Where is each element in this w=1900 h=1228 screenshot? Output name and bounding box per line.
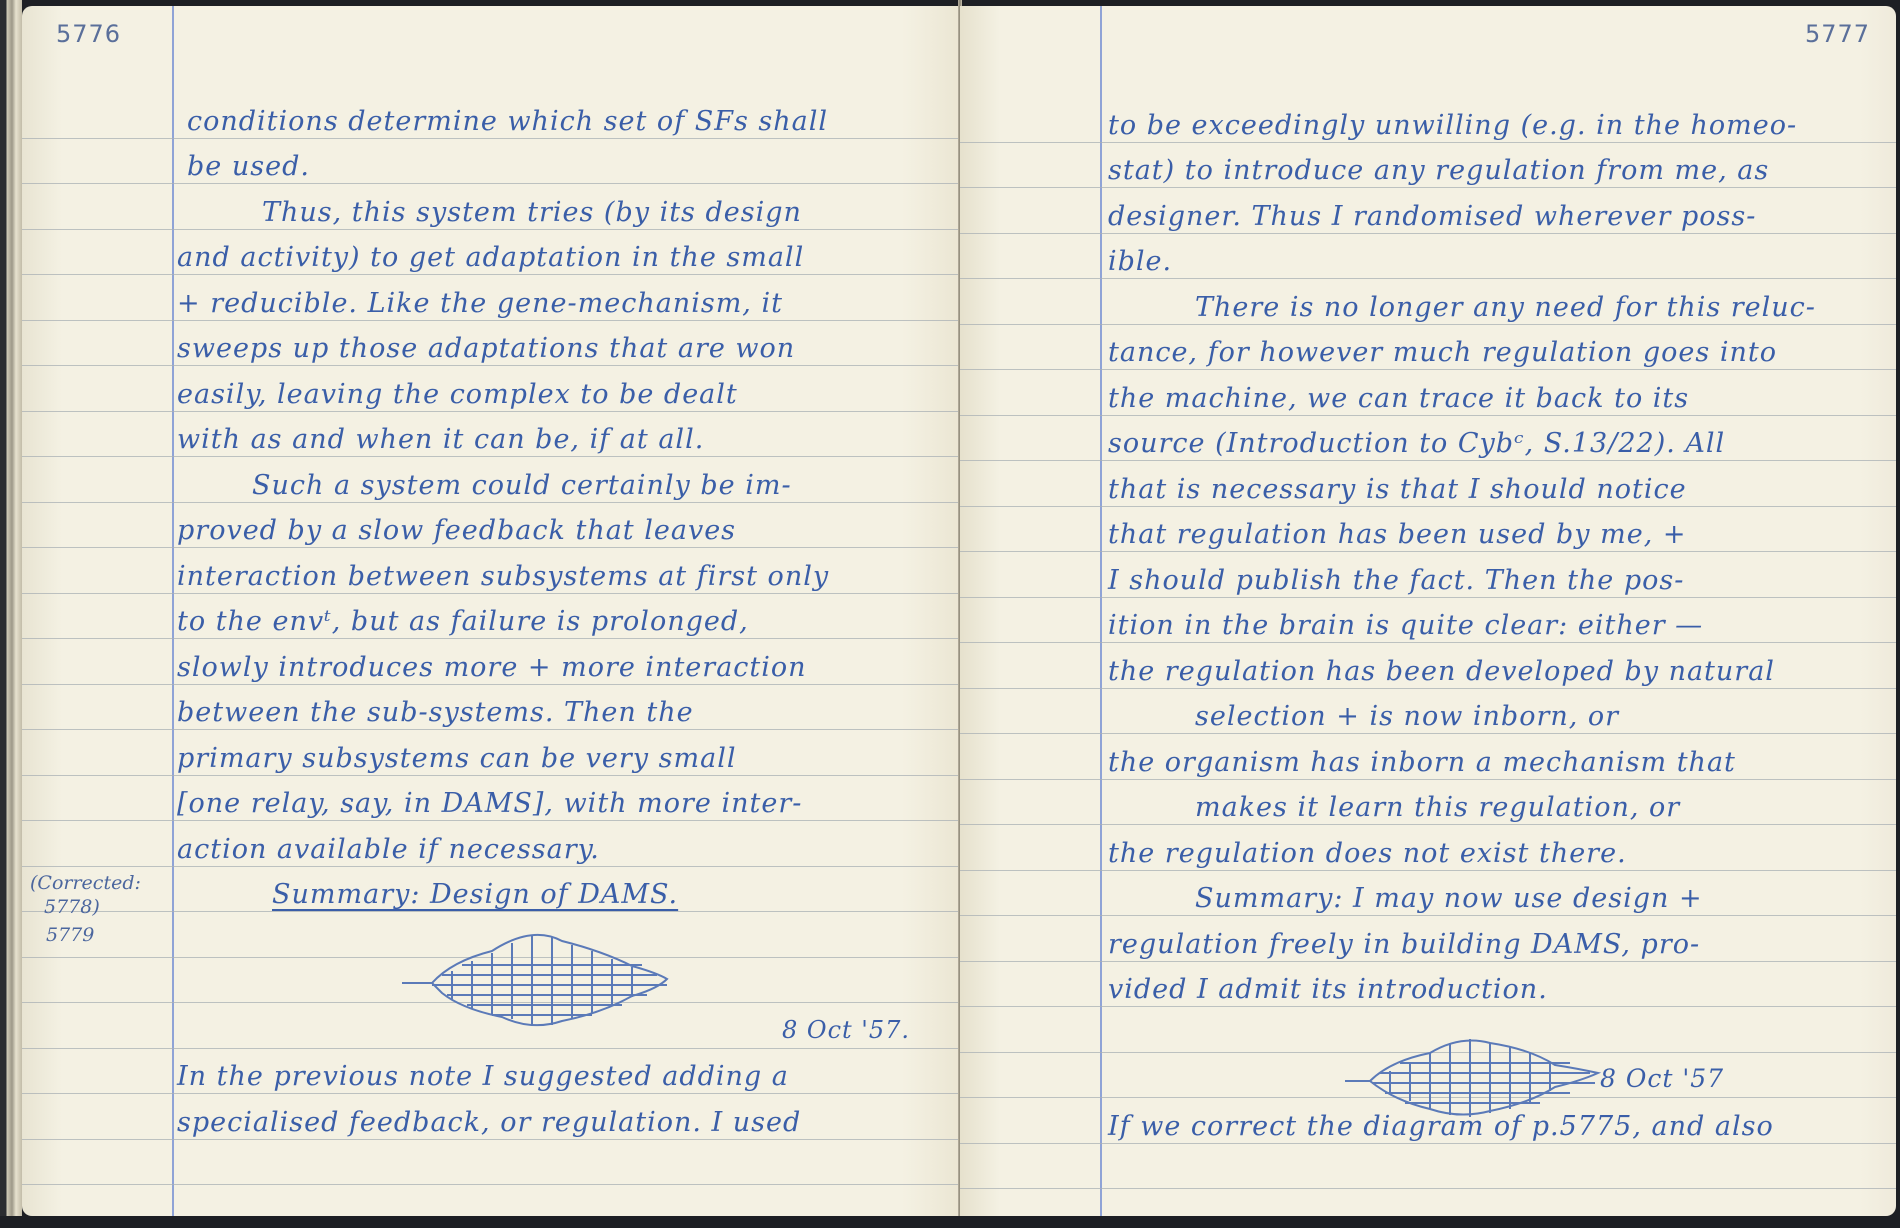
text-line: between the sub-systems. Then the bbox=[177, 697, 694, 728]
text-line: the organism has inborn a mechanism that bbox=[1108, 747, 1736, 778]
rule-line bbox=[22, 866, 960, 867]
text-line: slowly introduces more + more interactio… bbox=[177, 652, 807, 683]
rule-line bbox=[22, 183, 960, 184]
text-line: makes it learn this regulation, or bbox=[1195, 792, 1680, 823]
rule-line bbox=[22, 138, 960, 139]
rule-line bbox=[960, 779, 1896, 780]
margin-note-corrected: 5778) bbox=[44, 896, 100, 918]
text-line: the regulation has been developed by nat… bbox=[1108, 656, 1775, 687]
rule-line bbox=[960, 233, 1896, 234]
text-line: tance, for however much regulation goes … bbox=[1108, 337, 1777, 368]
rule-line bbox=[960, 1006, 1896, 1007]
rule-line bbox=[22, 365, 960, 366]
rule-line bbox=[960, 733, 1896, 734]
page-number: 5777 bbox=[1805, 20, 1870, 48]
text-line: Thus, this system tries (by its design bbox=[262, 197, 802, 228]
summary-line: Summary: I may now use design + bbox=[1195, 883, 1703, 914]
rule-line bbox=[22, 684, 960, 685]
rule-line bbox=[960, 915, 1896, 916]
text-line: that regulation has been used by me, + bbox=[1108, 519, 1687, 550]
rule-line bbox=[22, 274, 960, 275]
date: 8 Oct '57. bbox=[782, 1016, 910, 1044]
text-line: [one relay, say, in DAMS], with more int… bbox=[177, 788, 802, 819]
date: 8 Oct '57 bbox=[1600, 1064, 1724, 1093]
text-line: action available if necessary. bbox=[177, 834, 600, 865]
rule-line bbox=[960, 1143, 1896, 1144]
rule-line bbox=[22, 1093, 960, 1094]
text-line: regulation freely in building DAMS, pro- bbox=[1108, 929, 1700, 960]
rule-line bbox=[960, 688, 1896, 689]
rule-line bbox=[960, 187, 1896, 188]
text-line: source (Introduction to Cybᶜ, S.13/22). … bbox=[1108, 428, 1725, 459]
text-line: conditions determine which set of SFs sh… bbox=[187, 106, 828, 137]
text-line: to be exceedingly unwilling (e.g. in the… bbox=[1108, 110, 1797, 141]
text-line: specialised feedback, or regulation. I u… bbox=[177, 1107, 801, 1138]
notebook-left-edge bbox=[0, 0, 22, 1228]
rule-line bbox=[22, 820, 960, 821]
left-page: 5776 conditions determine which set of S… bbox=[22, 6, 960, 1216]
rule-line bbox=[22, 729, 960, 730]
rule-line bbox=[960, 415, 1896, 416]
text-line: and activity) to get adaptation in the s… bbox=[177, 242, 804, 273]
text-line: interaction between subsystems at first … bbox=[177, 561, 829, 592]
margin-line bbox=[172, 6, 174, 1216]
text-line: easily, leaving the complex to be dealt bbox=[177, 379, 738, 410]
rule-line bbox=[960, 506, 1896, 507]
rule-line bbox=[960, 642, 1896, 643]
text-line: ition in the brain is quite clear: eithe… bbox=[1108, 610, 1703, 641]
rule-line bbox=[960, 551, 1896, 552]
text-line: sweeps up those adaptations that are won bbox=[177, 333, 795, 364]
text-line: ible. bbox=[1108, 246, 1172, 277]
rule-line bbox=[960, 324, 1896, 325]
rule-line bbox=[22, 1184, 960, 1185]
rule-line bbox=[960, 961, 1896, 962]
text-line: I should publish the fact. Then the pos- bbox=[1108, 565, 1684, 596]
text-line: + reducible. Like the gene-mechanism, it bbox=[177, 288, 783, 319]
rule-line bbox=[22, 456, 960, 457]
rule-line bbox=[960, 597, 1896, 598]
rule-line bbox=[22, 229, 960, 230]
rule-line bbox=[22, 411, 960, 412]
rule-line bbox=[22, 1048, 960, 1049]
summary-line: Summary: Design of DAMS. bbox=[272, 879, 678, 910]
text-line: primary subsystems can be very small bbox=[177, 743, 736, 774]
rule-line bbox=[960, 824, 1896, 825]
hatched-lens-doodle-icon bbox=[1340, 1031, 1610, 1121]
text-line: be used. bbox=[187, 151, 310, 182]
text-line: selection + is now inborn, or bbox=[1195, 701, 1619, 732]
text-line: that is necessary is that I should notic… bbox=[1108, 474, 1687, 505]
rule-line bbox=[22, 911, 960, 912]
rule-line bbox=[22, 547, 960, 548]
text-line: stat) to introduce any regulation from m… bbox=[1108, 155, 1769, 186]
rule-line bbox=[960, 278, 1896, 279]
rule-line bbox=[22, 1139, 960, 1140]
page-number: 5776 bbox=[56, 20, 121, 48]
margin-note-label: (Corrected: bbox=[30, 872, 141, 894]
text-line: with as and when it can be, if at all. bbox=[177, 424, 704, 455]
rule-line bbox=[22, 320, 960, 321]
rule-line bbox=[960, 369, 1896, 370]
text-line: Such a system could certainly be im- bbox=[252, 470, 792, 501]
text-line: designer. Thus I randomised wherever pos… bbox=[1108, 201, 1756, 232]
text-line: If we correct the diagram of p.5775, and… bbox=[1108, 1111, 1774, 1142]
text-line: the machine, we can trace it back to its bbox=[1108, 383, 1689, 414]
rule-line bbox=[22, 502, 960, 503]
margin-note-original: 5779 bbox=[46, 924, 94, 946]
text-line: the regulation does not exist there. bbox=[1108, 838, 1627, 869]
rule-line bbox=[960, 1188, 1896, 1189]
text-line: In the previous note I suggested adding … bbox=[177, 1061, 789, 1092]
rule-line bbox=[960, 142, 1896, 143]
notebook-bottom-edge bbox=[0, 1216, 1900, 1228]
rule-line bbox=[960, 870, 1896, 871]
text-line: vided I admit its introduction. bbox=[1108, 974, 1548, 1005]
rule-line bbox=[22, 775, 960, 776]
rule-line bbox=[22, 638, 960, 639]
right-page: 5777 to be exceedingly unwilling (e.g. i… bbox=[960, 6, 1896, 1216]
text-line: There is no longer any need for this rel… bbox=[1195, 292, 1816, 323]
text-line: proved by a slow feedback that leaves bbox=[177, 515, 736, 546]
rule-line bbox=[960, 460, 1896, 461]
rule-line bbox=[22, 593, 960, 594]
hatched-lens-doodle-icon bbox=[392, 921, 692, 1031]
text-line: to the envᵗ, but as failure is prolonged… bbox=[177, 606, 749, 637]
